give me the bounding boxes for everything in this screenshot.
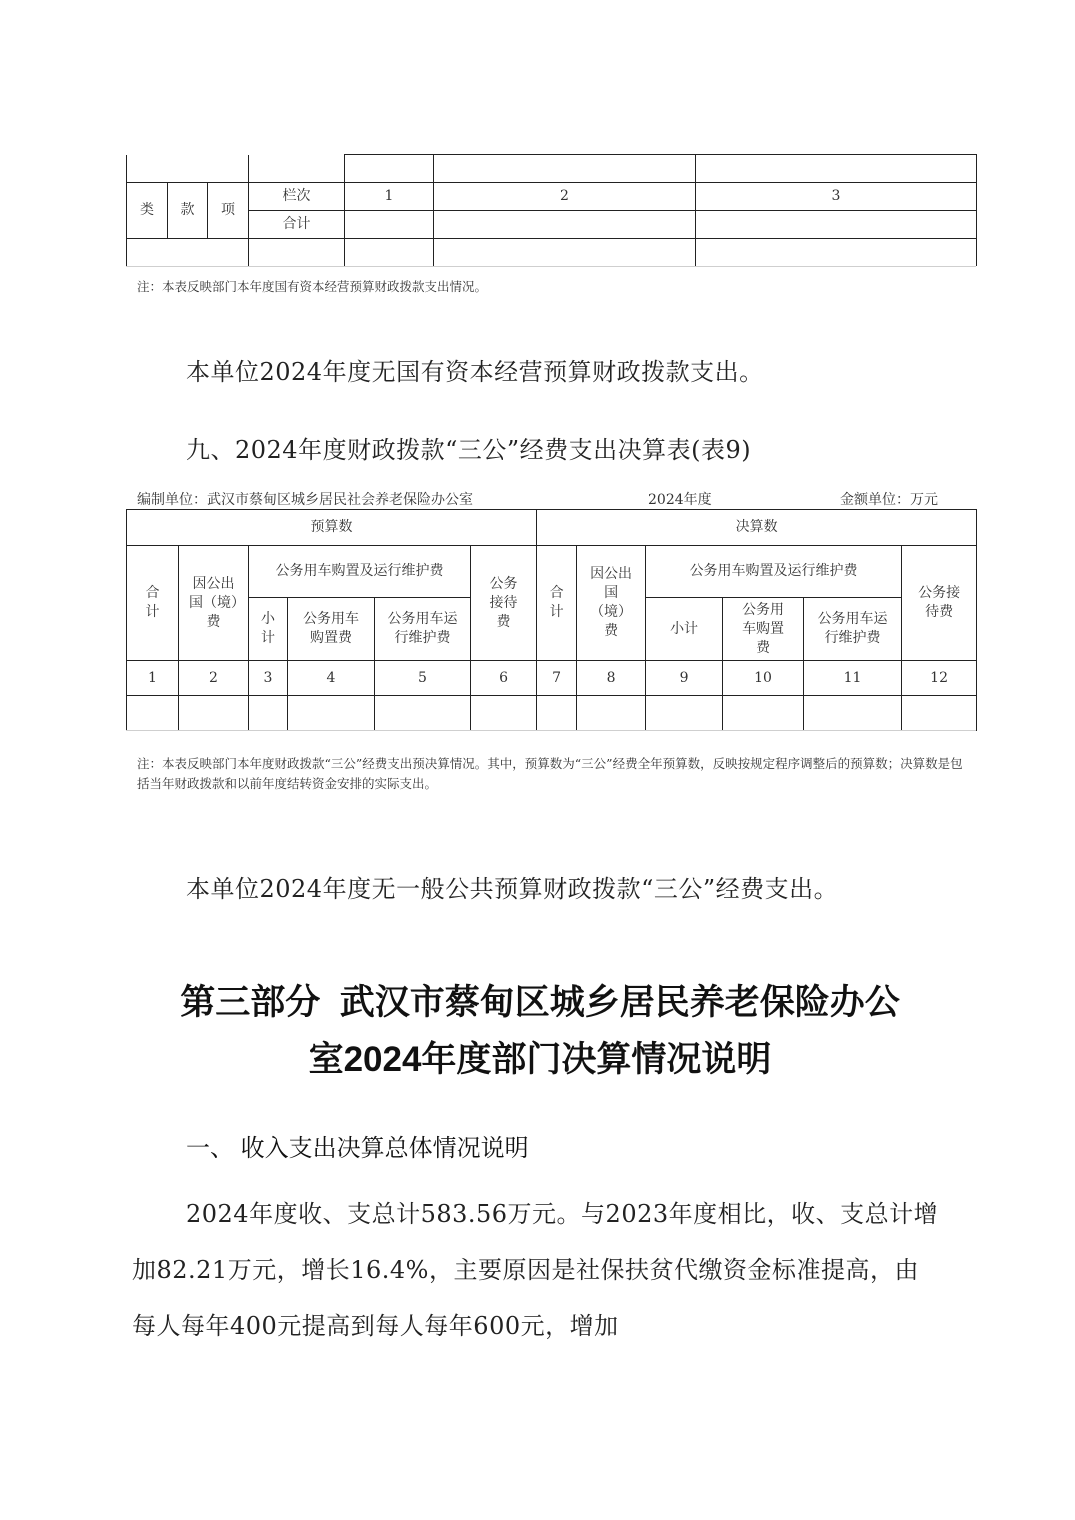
table8-bottom-rule xyxy=(126,266,976,267)
table8-cell xyxy=(345,239,434,267)
table8-col-number: 2 xyxy=(434,183,696,211)
table9-data-cell xyxy=(902,696,977,731)
table9-budget-car-group: 公务用车购置及运行维护费 xyxy=(249,546,471,598)
table8-cell xyxy=(127,239,249,267)
table9-data-cell xyxy=(288,696,375,731)
table8-header-heji: 合计 xyxy=(249,211,345,239)
table9-currency: 金额单位：万元 xyxy=(840,489,938,509)
table9-three-public-expenses: 预算数 决算数 合计 因公出国（境）费 公务用车购置及运行维护费 公务接待费 合… xyxy=(126,509,977,731)
table8-state-capital: 类 款 项 栏次 1 2 3 合计 xyxy=(126,154,977,266)
table8-cell xyxy=(249,239,345,267)
table9-col-number: 3 xyxy=(249,661,288,696)
para-no-state-capital: 本单位2024年度无国有资本经营预算财政拨款支出。 xyxy=(186,352,764,387)
table9-year: 2024年度 xyxy=(648,489,712,509)
table9-final-subtotal: 小计 xyxy=(646,598,723,661)
table9-group-budget: 预算数 xyxy=(127,510,537,546)
table9-final-abroad: 因公出国（境）费 xyxy=(577,546,646,661)
table9-bottom-rule xyxy=(126,730,976,731)
table9-final-reception: 公务接待费 xyxy=(902,546,977,661)
table9-col-number: 8 xyxy=(577,661,646,696)
table9-group-final: 决算数 xyxy=(537,510,977,546)
table9-note: 注：本表反映部门本年度财政拨款“三公”经费支出预决算情况。其中，预算数为“三公”… xyxy=(137,754,972,794)
table9-budget-abroad: 因公出国（境）费 xyxy=(179,546,249,661)
table8-cell xyxy=(696,211,977,239)
table9-col-number: 12 xyxy=(902,661,977,696)
table9-data-cell xyxy=(804,696,902,731)
section9-title: 九、2024年度财政拨款“三公”经费支出决算表(表9) xyxy=(186,430,751,465)
table9-col-number: 5 xyxy=(375,661,471,696)
table8-cell xyxy=(345,211,434,239)
table8-blank xyxy=(249,155,345,183)
table9-unit: 编制单位：武汉市蔡甸区城乡居民社会养老保险办公室 xyxy=(137,489,473,509)
table8-note: 注：本表反映部门本年度国有资本经营预算财政拨款支出情况。 xyxy=(137,277,487,297)
table9-budget-subtotal: 小计 xyxy=(249,598,288,661)
table9-col-number: 11 xyxy=(804,661,902,696)
table9-data-cell xyxy=(537,696,577,731)
table8-cell xyxy=(434,239,696,267)
table9-data-cell xyxy=(646,696,723,731)
table9-col-number: 7 xyxy=(537,661,577,696)
table9-data-cell xyxy=(179,696,249,731)
table8-col-number: 3 xyxy=(696,183,977,211)
table9-budget-car-maint: 公务用车运行维护费 xyxy=(375,598,471,661)
table9-col-number: 10 xyxy=(723,661,804,696)
section1-heading: 一、 收入支出决算总体情况说明 xyxy=(186,1128,529,1163)
table8-header-kuan: 款 xyxy=(168,183,208,239)
table9-col-number: 2 xyxy=(179,661,249,696)
table9-final-car-group: 公务用车购置及运行维护费 xyxy=(646,546,902,598)
table9-budget-total: 合计 xyxy=(127,546,179,661)
table9-data-cell xyxy=(375,696,471,731)
part3-title-line2: 室2024年度部门决算情况说明 xyxy=(110,1032,970,1087)
table9-data-cell xyxy=(249,696,288,731)
table9-budget-reception: 公务接待费 xyxy=(471,546,537,661)
table8-col-number: 1 xyxy=(345,183,434,211)
table9-data-cell xyxy=(577,696,646,731)
table8-header-xiang: 项 xyxy=(208,183,249,239)
table9-data-cell xyxy=(471,696,537,731)
table9-final-total: 合计 xyxy=(537,546,577,661)
table9-col-number: 1 xyxy=(127,661,179,696)
table8-cell xyxy=(696,155,977,183)
table8-header-lanci: 栏次 xyxy=(249,183,345,211)
table8-cell xyxy=(345,155,434,183)
table9-final-car-maint: 公务用车运行维护费 xyxy=(804,598,902,661)
table8-cell xyxy=(434,155,696,183)
table8-cell xyxy=(696,239,977,267)
table9-final-car-purchase: 公务用车购置费 xyxy=(723,598,804,661)
table9-budget-car-purchase: 公务用车购置费 xyxy=(288,598,375,661)
para-no-three-public: 本单位2024年度无一般公共预算财政拨款“三公”经费支出。 xyxy=(132,862,932,916)
table9-data-cell xyxy=(723,696,804,731)
table9-col-number: 9 xyxy=(646,661,723,696)
table8-blank xyxy=(127,155,249,183)
section1-paragraph: 2024年度收、支总计583.56万元。与2023年度相比，收、支总计增加82.… xyxy=(132,1186,942,1354)
table8-header-lei: 类 xyxy=(127,183,168,239)
table9-col-number: 4 xyxy=(288,661,375,696)
table9-col-number: 6 xyxy=(471,661,537,696)
table8-cell xyxy=(434,211,696,239)
table9-data-cell xyxy=(127,696,179,731)
part3-title-line1: 第三部分 武汉市蔡甸区城乡居民养老保险办公 xyxy=(110,975,970,1030)
